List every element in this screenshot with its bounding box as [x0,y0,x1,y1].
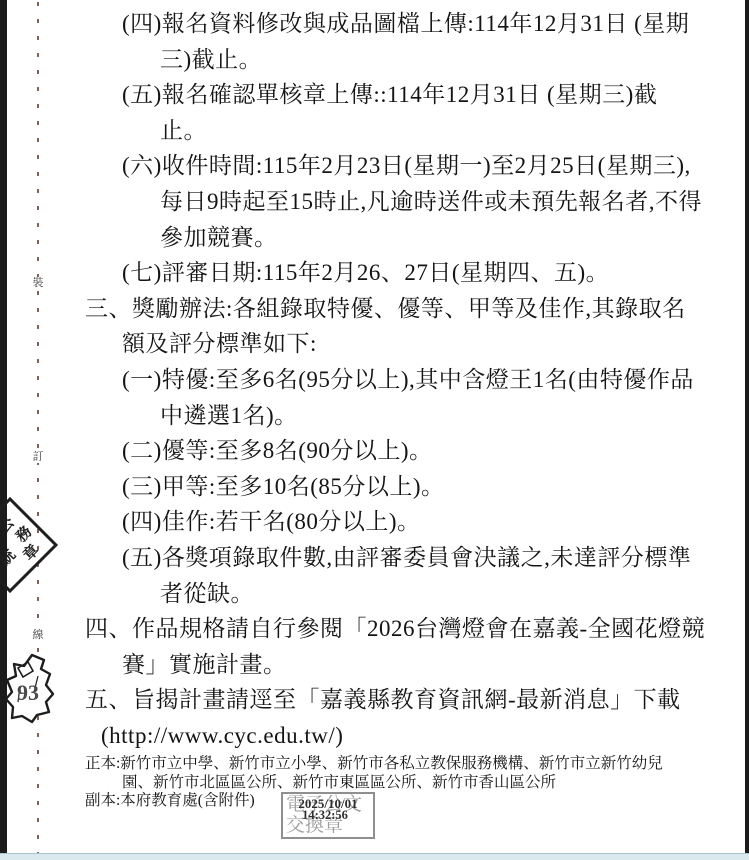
footer-line-original-copy: 正本:新竹市立中學、新竹市立小學、新竹市各私立教保服務機構、新竹市立新竹幼兒 [0,755,749,774]
body-line: (四)報名資料修改與成品圖檔上傳:114年12月31日 (星期 [0,6,749,42]
body-line: (四)佳作:若干名(80分以上)。 [0,504,749,540]
page-mark-number: 93 [17,680,39,705]
seal-char: 統 [0,548,19,569]
body-line: 參加競賽。 [0,220,749,256]
body-line: (二)優等:至多8名(90分以上)。 [0,433,749,469]
body-line-url: (http://www.cyc.edu.tw/) [0,718,749,754]
footer-line-original-copy-cont: 園、新竹市北區區公所、新竹市東區區公所、新竹市香山區公所 [0,774,749,793]
body-line: (五)報名確認單核章上傳::114年12月31日 (星期三)截 [0,77,749,113]
body-line: 中遴選1名)。 [0,398,749,434]
handwritten-page-mark-93: 93 [4,652,56,724]
viewer-bottom-strip [0,853,749,860]
body-line: 每日9時起至15時止,凡逾時送件或未預先報名者,不得 [0,184,749,220]
scanned-document-page: 裝 訂 線 (四)報名資料修改與成品圖檔上傳:114年12月31日 (星期 三)… [0,0,749,860]
body-line: 止。 [0,113,749,149]
body-line: 四、作品規格請自行參閱「2026台灣燈會在嘉義-全國花燈競 [0,611,749,647]
body-line: 者從缺。 [0,576,749,612]
body-line: (六)收件時間:115年2月23日(星期一)至2月25日(星期三), [0,148,749,184]
body-line: 五、旨揭計畫請逕至「嘉義縣教育資訊網-最新消息」下載 [0,682,749,718]
document-body: (四)報名資料修改與成品圖檔上傳:114年12月31日 (星期 三)截止。 (五… [0,6,749,753]
body-line: 額及評分標準如下: [0,326,749,362]
electronic-document-exchange-stamp: 電子公文 交換章 2025/10/01 14:32:56 [281,792,375,839]
body-line: 賽」實施計畫。 [0,647,749,683]
body-line: (五)各獎項錄取件數,由評審委員會決議之,未達評分標準 [0,540,749,576]
body-line: (三)甲等:至多10名(85分以上)。 [0,469,749,505]
body-line: 三)截止。 [0,42,749,78]
body-line: 三、獎勵辦法:各組錄取特優、優等、甲等及佳作,其錄取名 [0,291,749,327]
stamp-time: 14:32:56 [277,808,373,822]
body-line: (一)特優:至多6名(95分以上),其中含燈王1名(由特優作品 [0,362,749,398]
body-line: (七)評審日期:115年2月26、27日(星期四、五)。 [0,255,749,291]
